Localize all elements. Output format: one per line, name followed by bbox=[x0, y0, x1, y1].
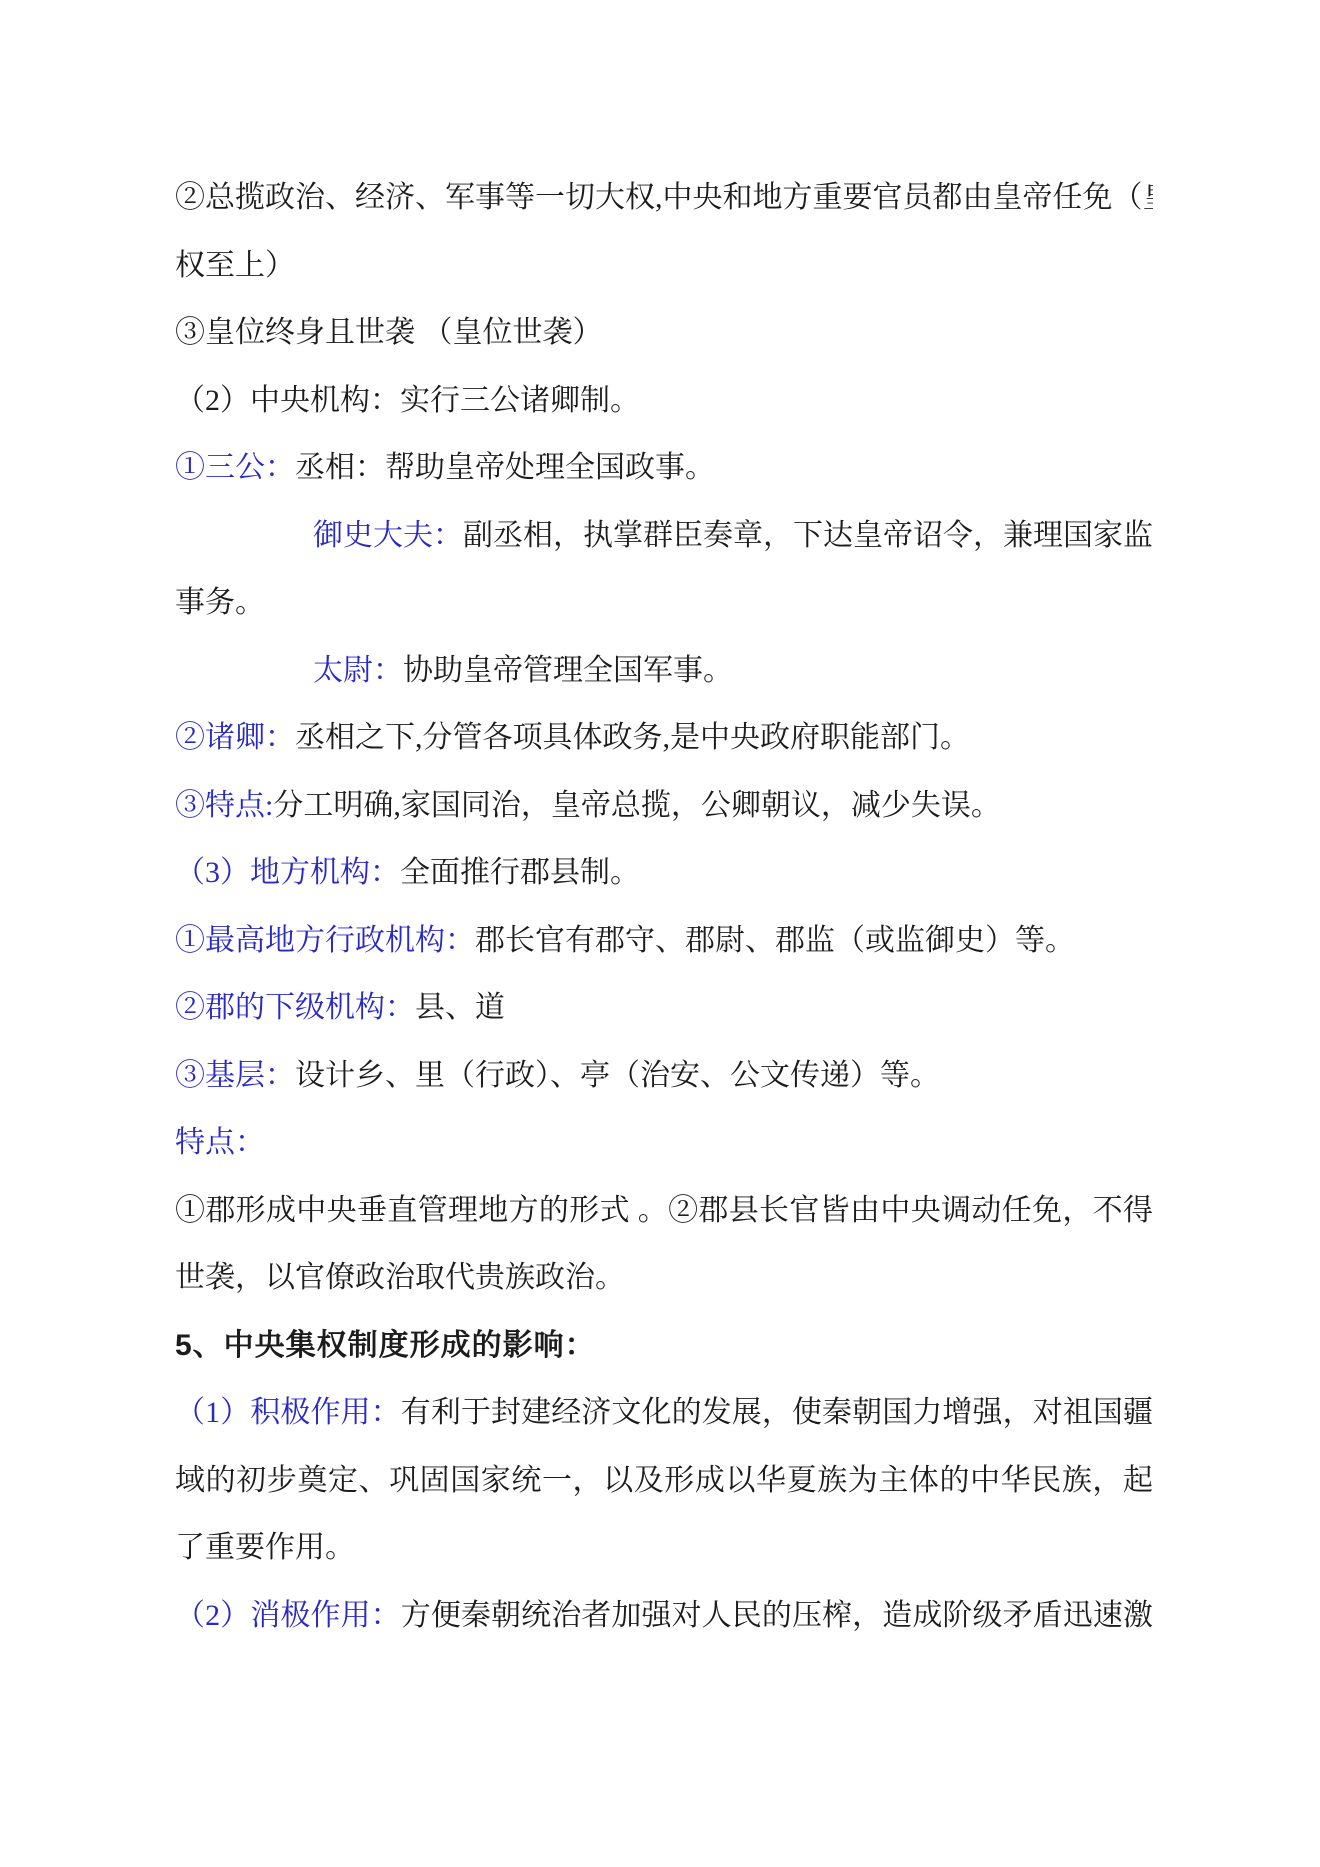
document-page: ②总揽政治、经济、军事等一切大权,中央和地方重要官员都由皇帝任免（皇权至上）③皇… bbox=[0, 0, 1320, 1867]
text-line: （2）中央机构：实行三公诸卿制。 bbox=[175, 367, 1153, 435]
text-line: 域的初步奠定、巩固国家统一，以及形成以华夏族为主体的中华民族，起 bbox=[175, 1447, 1153, 1515]
text-line: 特点： bbox=[175, 1109, 1153, 1177]
text-segment: 了重要作用。 bbox=[175, 1531, 355, 1564]
text-segment: 协助皇帝管理全国军事。 bbox=[403, 654, 733, 687]
text-segment: 县、道 bbox=[415, 991, 505, 1024]
text-segment: 郡长官有郡守、郡尉、郡监（或监御史）等。 bbox=[475, 924, 1075, 957]
text-segment: （1）积极作用： bbox=[175, 1396, 401, 1429]
text-segment: 全面推行郡县制。 bbox=[400, 856, 640, 889]
text-line: ②郡的下级机构：县、道 bbox=[175, 974, 1153, 1042]
text-segment: 权至上） bbox=[175, 249, 295, 282]
text-line: ①三公：丞相：帮助皇帝处理全国政事。 bbox=[175, 434, 1153, 502]
text-segment: 太尉： bbox=[313, 654, 403, 687]
text-segment: ②诸卿： bbox=[175, 721, 295, 754]
text-line: 事务。 bbox=[175, 569, 1153, 637]
text-segment: ②郡的下级机构： bbox=[175, 991, 415, 1024]
text-segment: ①最高地方行政机构： bbox=[175, 924, 475, 957]
text-segment: 5、中央集权制度形成的影响： bbox=[175, 1329, 596, 1362]
text-line: 太尉：协助皇帝管理全国军事。 bbox=[175, 637, 1153, 705]
text-segment: （3）地方机构： bbox=[175, 856, 400, 889]
text-line: ②诸卿：丞相之下,分管各项具体政务,是中央政府职能部门。 bbox=[175, 704, 1153, 772]
text-line: ③特点:分工明确,家国同治，皇帝总揽，公卿朝议，减少失误。 bbox=[175, 772, 1153, 840]
text-segment: 分工明确,家国同治，皇帝总揽，公卿朝议，减少失误。 bbox=[273, 789, 1001, 822]
text-line: 了重要作用。 bbox=[175, 1514, 1153, 1582]
text-segment: ①三公： bbox=[175, 451, 295, 484]
text-line: ①郡形成中央垂直管理地方的形式 。②郡县长官皆由中央调动任免，不得 bbox=[175, 1177, 1153, 1245]
text-line: ②总揽政治、经济、军事等一切大权,中央和地方重要官员都由皇帝任免（皇 bbox=[175, 164, 1153, 232]
text-line: ③基层：设计乡、里（行政）、亭（治安、公文传递）等。 bbox=[175, 1042, 1153, 1110]
text-segment: ③基层： bbox=[175, 1059, 295, 1092]
text-segment: 设计乡、里（行政）、亭（治安、公文传递）等。 bbox=[295, 1059, 940, 1092]
text-segment: ③特点: bbox=[175, 789, 273, 822]
text-segment: （2）消极作用： bbox=[175, 1599, 401, 1632]
document-body: ②总揽政治、经济、军事等一切大权,中央和地方重要官员都由皇帝任免（皇权至上）③皇… bbox=[0, 0, 1313, 1649]
text-segment: 副丞相，执掌群臣奏章，下达皇帝诏令，兼理国家监察 bbox=[463, 519, 1153, 552]
text-line: 权至上） bbox=[175, 232, 1153, 300]
text-segment: ②总揽政治、经济、军事等一切大权,中央和地方重要官员都由皇帝任免（皇 bbox=[175, 181, 1153, 214]
text-segment: 丞相之下,分管各项具体政务,是中央政府职能部门。 bbox=[295, 721, 970, 754]
text-line: 御史大夫：副丞相，执掌群臣奏章，下达皇帝诏令，兼理国家监察 bbox=[175, 502, 1153, 570]
text-segment: 有利于封建经济文化的发展，使秦朝国力增强，对祖国疆 bbox=[401, 1396, 1153, 1429]
text-line: （3）地方机构：全面推行郡县制。 bbox=[175, 839, 1153, 907]
text-segment: 世袭，以官僚政治取代贵族政治。 bbox=[175, 1261, 625, 1294]
text-segment: 事务。 bbox=[175, 586, 265, 619]
text-line: ③皇位终身且世袭 （皇位世袭） bbox=[175, 299, 1153, 367]
text-segment: ①郡形成中央垂直管理地方的形式 。②郡县长官皆由中央调动任免，不得 bbox=[175, 1194, 1153, 1227]
text-segment: 方便秦朝统治者加强对人民的压榨，造成阶级矛盾迅速激 bbox=[401, 1599, 1153, 1632]
text-segment: 特点： bbox=[175, 1126, 265, 1159]
text-line: 5、中央集权制度形成的影响： bbox=[175, 1312, 1153, 1380]
text-segment: ③皇位终身且世袭 （皇位世袭） bbox=[175, 316, 603, 349]
text-line: ①最高地方行政机构：郡长官有郡守、郡尉、郡监（或监御史）等。 bbox=[175, 907, 1153, 975]
text-line: 世袭，以官僚政治取代贵族政治。 bbox=[175, 1244, 1153, 1312]
text-segment: （2）中央机构：实行三公诸卿制。 bbox=[175, 384, 640, 417]
text-segment: 丞相：帮助皇帝处理全国政事。 bbox=[295, 451, 715, 484]
text-segment: 御史大夫： bbox=[313, 519, 463, 552]
text-line: （1）积极作用：有利于封建经济文化的发展，使秦朝国力增强，对祖国疆 bbox=[175, 1379, 1153, 1447]
text-line: （2）消极作用：方便秦朝统治者加强对人民的压榨，造成阶级矛盾迅速激 bbox=[175, 1582, 1153, 1650]
text-segment: 域的初步奠定、巩固国家统一，以及形成以华夏族为主体的中华民族，起 bbox=[175, 1464, 1153, 1497]
